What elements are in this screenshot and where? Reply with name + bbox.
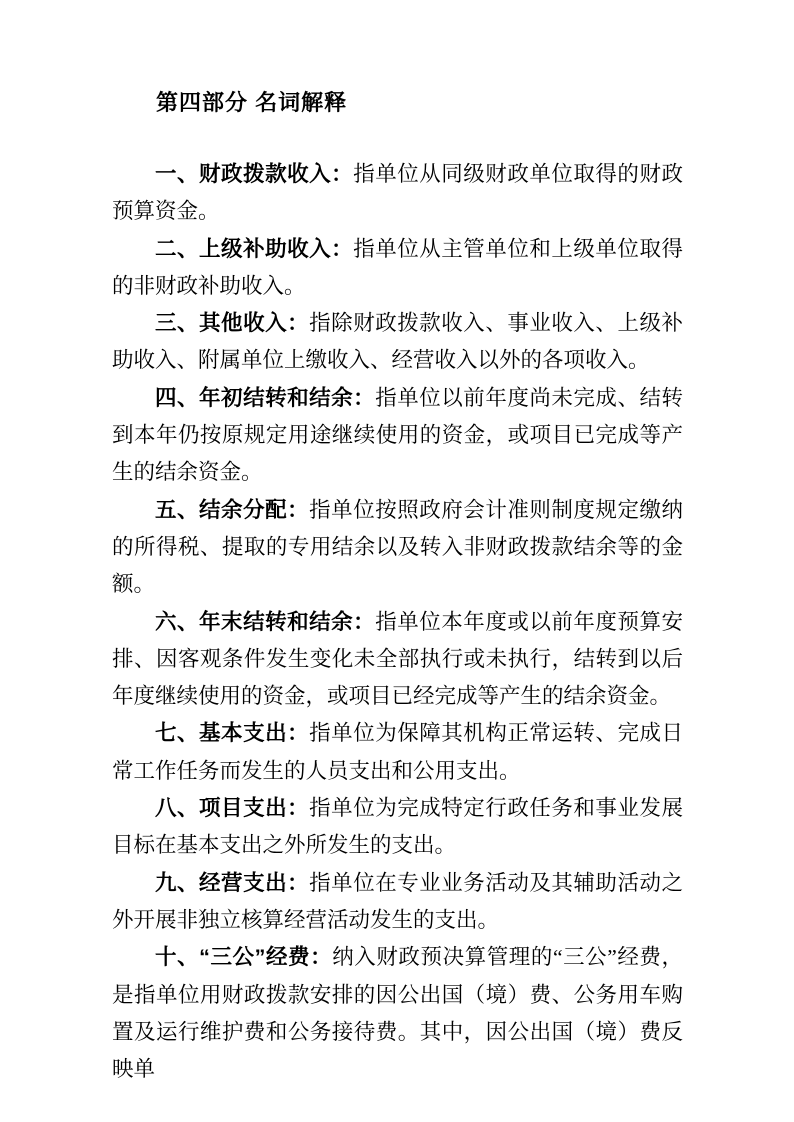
term-label: 一、财政拨款收入：	[155, 162, 353, 186]
definition-paragraph: 八、项目支出：指单位为完成特定行政任务和事业发展目标在基本支出之外所发生的支出。	[112, 790, 683, 865]
definition-paragraph: 十、“三公”经费：纳入财政预决算管理的“三公”经费，是指单位用财政拨款安排的因公…	[112, 939, 683, 1088]
definition-paragraph: 七、基本支出：指单位为保障其机构正常运转、完成日常工作任务而发生的人员支出和公用…	[112, 715, 683, 790]
term-label: 五、结余分配：	[155, 498, 309, 522]
term-label: 九、经营支出：	[155, 871, 309, 895]
definition-paragraph: 五、结余分配：指单位按照政府会计准则制度规定缴纳的所得税、提取的专用结余以及转入…	[112, 492, 683, 604]
term-label: 十、“三公”经费：	[155, 945, 332, 969]
definition-paragraph: 一、财政拨款收入：指单位从同级财政单位取得的财政预算资金。	[112, 156, 683, 231]
term-label: 四、年初结转和结余：	[155, 386, 375, 410]
definition-paragraph: 六、年末结转和结余：指单位本年度或以前年度预算安排、因客观条件发生变化未全部执行…	[112, 604, 683, 716]
definition-paragraph: 二、上级补助收入：指单位从主管单位和上级单位取得的非财政补助收入。	[112, 231, 683, 306]
document-page: 第四部分 名词解释 一、财政拨款收入：指单位从同级财政单位取得的财政预算资金。 …	[0, 0, 794, 1122]
term-label: 二、上级补助收入：	[155, 237, 353, 261]
page-title: 第四部分 名词解释	[112, 88, 683, 118]
term-label: 三、其他收入：	[155, 311, 309, 335]
term-label: 六、年末结转和结余：	[155, 610, 375, 634]
term-label: 七、基本支出：	[155, 721, 309, 745]
term-label: 八、项目支出：	[155, 796, 309, 820]
definition-paragraph: 三、其他收入：指除财政拨款收入、事业收入、上级补助收入、附属单位上缴收入、经营收…	[112, 305, 683, 380]
definition-paragraph: 四、年初结转和结余：指单位以前年度尚未完成、结转到本年仍按原规定用途继续使用的资…	[112, 380, 683, 492]
definition-paragraph: 九、经营支出：指单位在专业业务活动及其辅助活动之外开展非独立核算经营活动发生的支…	[112, 865, 683, 940]
